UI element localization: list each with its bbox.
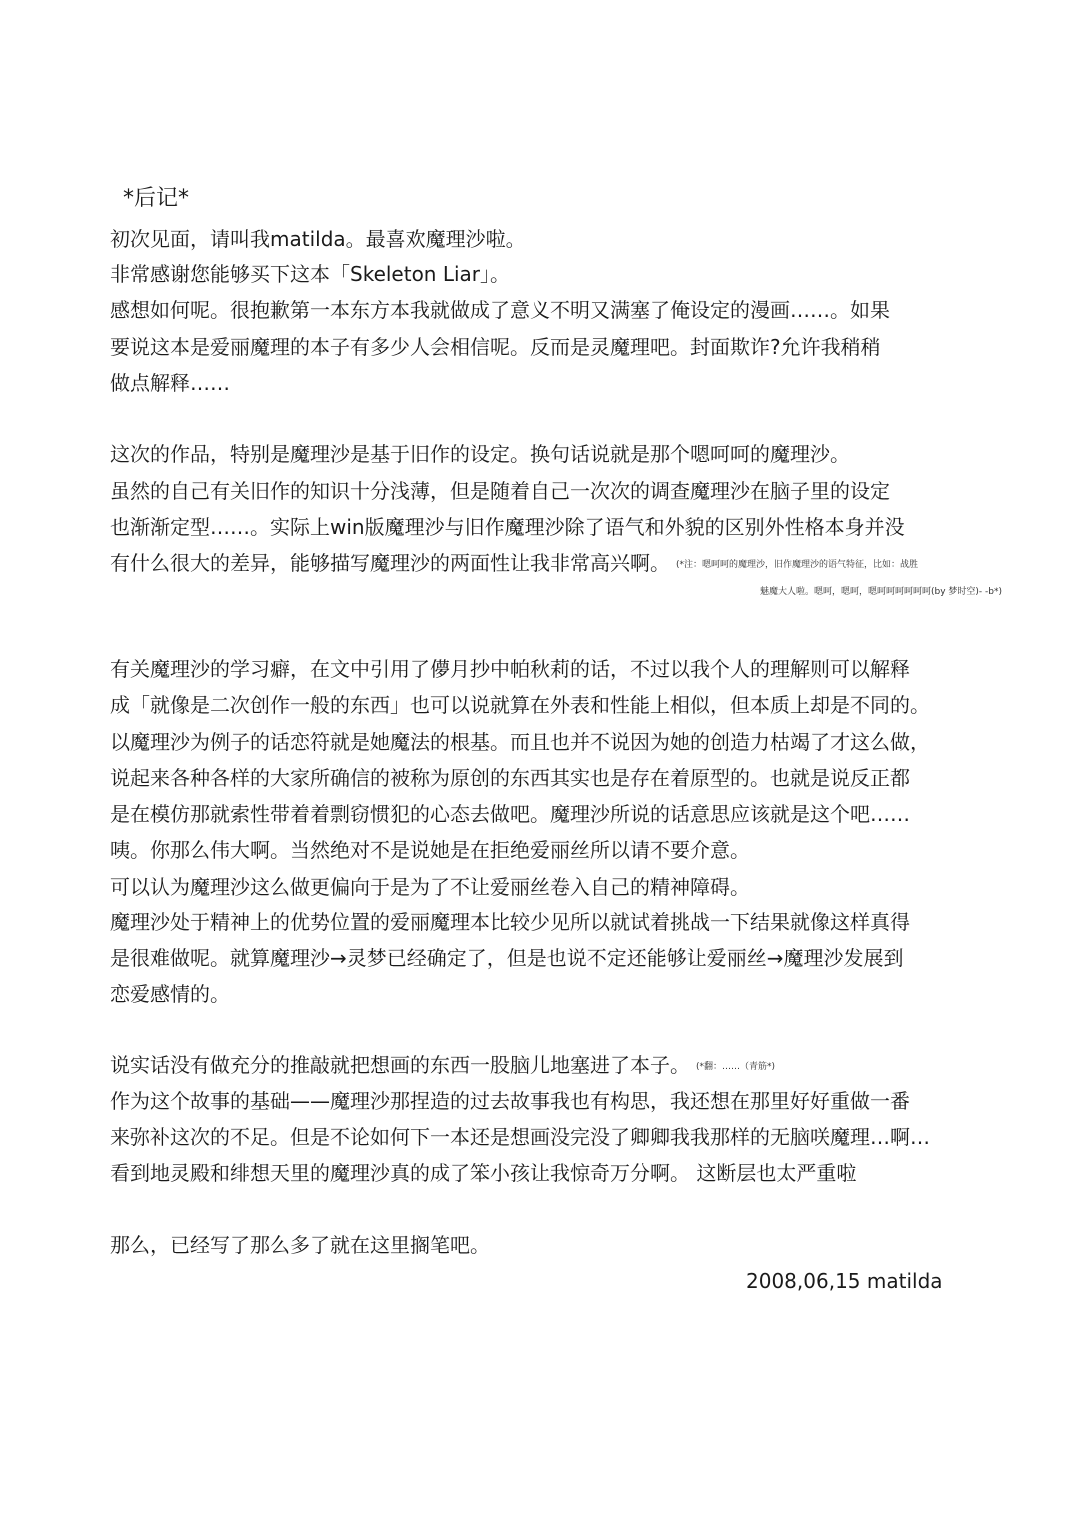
text-line: 非常感谢您能够买下这本「Skeleton Liar」。 (110, 261, 510, 287)
text-line: 也渐渐定型……。实际上win版魔理沙与旧作魔理沙除了语气和外貌的区别外性格本身并… (110, 514, 905, 540)
text-line: 作为这个故事的基础——魔理沙那捏造的过去故事我也有构思，我还想在那里好好重做一番 (110, 1088, 910, 1114)
text-line: 成「就像是二次创作一般的东西」也可以说就算在外表和性能上相似，但本质上却是不同的… (110, 692, 930, 718)
text-line: 来弥补这次的不足。但是不论如何下一本还是想画没完没了卿卿我我那样的无脑咲魔理…啊… (110, 1124, 930, 1150)
translator-note: (*翻：……（青筋*) (696, 1062, 775, 1072)
text-line: 虽然的自己有关旧作的知识十分浅薄，但是随着自己一次次的调查魔理沙在脑子里的设定 (110, 478, 890, 504)
text-line: 感想如何呢。很抱歉第一本东方本我就做成了意义不明又满塞了俺设定的漫画……。如果 (110, 297, 890, 323)
text-line: 有关魔理沙的学习癖，在文中引用了儚月抄中帕秋莉的话，不过以我个人的理解则可以解释 (110, 656, 910, 682)
translator-note: (*注：嗯呵呵的魔理沙，旧作魔理沙的语气特征，比如：战胜 (676, 560, 918, 570)
text-line: 魔理沙处于精神上的优势位置的爱丽魔理本比较少见所以就试着挑战一下结果就像这样真得 (110, 909, 910, 935)
text-line: 恋爱感情的。 (110, 981, 230, 1007)
text-line: 可以认为魔理沙这么做更偏向于是为了不让爱丽丝卷入自己的精神障碍。 (110, 874, 750, 900)
text-line: 说起来各种各样的大家所确信的被称为原创的东西其实也是存在着原型的。也就是说反正都 (110, 765, 910, 791)
text-line: 做点解释…… (110, 370, 230, 396)
text-line: 是在模仿那就索性带着着剽窃惯犯的心态去做吧。魔理沙所说的话意思应该就是这个吧…… (110, 801, 910, 827)
signature: 2008,06,15 matilda (746, 1268, 943, 1294)
text-line-body: 有什么很大的差异，能够描写魔理沙的两面性让我非常高兴啊。 (110, 551, 670, 575)
text-line: 咦。你那么伟大啊。当然绝对不是说她是在拒绝爱丽丝所以请不要介意。 (110, 837, 750, 863)
text-line: 说实话没有做充分的推敲就把想画的东西一股脑儿地塞进了本子。(*翻：……（青筋*) (110, 1052, 775, 1078)
text-line: 初次见面，请叫我matilda。最喜欢魔理沙啦。 (110, 226, 526, 252)
text-line: 那么，已经写了那么多了就在这里搁笔吧。 (110, 1232, 490, 1258)
text-line: 有什么很大的差异，能够描写魔理沙的两面性让我非常高兴啊。(*注：嗯呵呵的魔理沙，… (110, 550, 918, 576)
page-title: *后记* (123, 185, 189, 213)
text-line: 看到地灵殿和绯想天里的魔理沙真的成了笨小孩让我惊奇万分啊。 这断层也太严重啦 (110, 1160, 856, 1186)
text-line-body: 说实话没有做充分的推敲就把想画的东西一股脑儿地塞进了本子。 (110, 1053, 690, 1077)
text-line: 要说这本是爱丽魔理的本子有多少人会相信呢。反而是灵魔理吧。封面欺诈?允许我稍稍 (110, 334, 881, 360)
text-line: 以魔理沙为例子的话恋符就是她魔法的根基。而且也并不说因为她的创造力枯竭了才这么做… (110, 729, 930, 755)
text-line: 这次的作品，特别是魔理沙是基于旧作的设定。换句话说就是那个嗯呵呵的魔理沙。 (110, 441, 850, 467)
translator-note-continued: 魅魔大人啦。嗯呵，嗯呵，嗯呵呵呵呵呵呵(by 梦时空)- -b*) (760, 586, 1002, 598)
text-line: 是很难做呢。就算魔理沙→灵梦已经确定了，但是也说不定还能够让爱丽丝→魔理沙发展到 (110, 945, 904, 971)
